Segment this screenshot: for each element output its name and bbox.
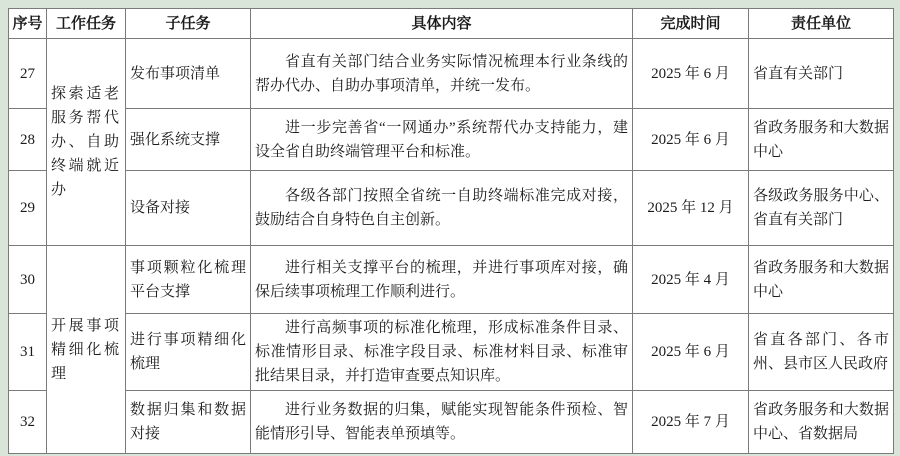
unit-cell: 各级政务服务中心、省直有关部门 [749,171,894,246]
content-cell: 进行业务数据的归集，赋能实现智能条件预检、智能情形引导、智能表单预填等。 [251,391,633,454]
task-group-cell: 探索适老服务帮代办、自助终端就近办 [47,39,126,246]
unit-cell: 省直各部门、各市州、县市区人民政府 [749,314,894,391]
subtask-cell: 事项颗粒化梳理平台支撑 [126,246,251,314]
table-row-30: 30 开展事项精细化梳理 事项颗粒化梳理平台支撑 进行相关支撑平台的梳理，并进行… [9,246,894,314]
unit-cell: 省政务服务和大数据中心 [749,246,894,314]
header-具体内容: 具体内容 [251,9,633,39]
subtask-cell: 设备对接 [126,171,251,246]
header-序号: 序号 [9,9,47,39]
unit-cell: 省政务服务和大数据中心 [749,109,894,171]
deadline-cell: 2025 年 7 月 [633,391,749,454]
row-number: 28 [9,109,47,171]
deadline-cell: 2025 年 6 月 [633,39,749,109]
table-row-28: 28 强化系统支撑 进一步完善省“一网通办”系统帮代办支持能力，建设全省自助终端… [9,109,894,171]
deadline-cell: 2025 年 12 月 [633,171,749,246]
deadline-cell: 2025 年 4 月 [633,246,749,314]
task-group-cell: 开展事项精细化梳理 [47,246,126,454]
header-责任单位: 责任单位 [749,9,894,39]
work-plan-table: 序号 工作任务 子任务 具体内容 完成时间 责任单位 27 探索适老服务帮代办、… [8,8,894,454]
header-完成时间: 完成时间 [633,9,749,39]
subtask-cell: 进行事项精细化梳理 [126,314,251,391]
table-row-27: 27 探索适老服务帮代办、自助终端就近办 发布事项清单 省直有关部门结合业务实际… [9,39,894,109]
header-row: 序号 工作任务 子任务 具体内容 完成时间 责任单位 [9,9,894,39]
content-cell: 省直有关部门结合业务实际情况梳理本行业条线的帮办代办、自助办事项清单，并统一发布… [251,39,633,109]
table-row-32: 32 数据归集和数据对接 进行业务数据的归集，赋能实现智能条件预检、智能情形引导… [9,391,894,454]
work-plan-table-container: 序号 工作任务 子任务 具体内容 完成时间 责任单位 27 探索适老服务帮代办、… [8,8,894,454]
row-number: 32 [9,391,47,454]
subtask-cell: 强化系统支撑 [126,109,251,171]
subtask-cell: 发布事项清单 [126,39,251,109]
content-cell: 进行相关支撑平台的梳理，并进行事项库对接，确保后续事项梳理工作顺利进行。 [251,246,633,314]
table-row-31: 31 进行事项精细化梳理 进行高频事项的标准化梳理，形成标准条件目录、标准情形目… [9,314,894,391]
row-number: 31 [9,314,47,391]
header-工作任务: 工作任务 [47,9,126,39]
subtask-cell: 数据归集和数据对接 [126,391,251,454]
unit-cell: 省直有关部门 [749,39,894,109]
content-cell: 进一步完善省“一网通办”系统帮代办支持能力，建设全省自助终端管理平台和标准。 [251,109,633,171]
deadline-cell: 2025 年 6 月 [633,314,749,391]
table-row-29: 29 设备对接 各级各部门按照全省统一自助终端标准完成对接，鼓励结合自身特色自主… [9,171,894,246]
content-cell: 进行高频事项的标准化梳理，形成标准条件目录、标准情形目录、标准字段目录、标准材料… [251,314,633,391]
row-number: 29 [9,171,47,246]
deadline-cell: 2025 年 6 月 [633,109,749,171]
header-子任务: 子任务 [126,9,251,39]
unit-cell: 省政务服务和大数据中心、省数据局 [749,391,894,454]
row-number: 27 [9,39,47,109]
row-number: 30 [9,246,47,314]
content-cell: 各级各部门按照全省统一自助终端标准完成对接，鼓励结合自身特色自主创新。 [251,171,633,246]
